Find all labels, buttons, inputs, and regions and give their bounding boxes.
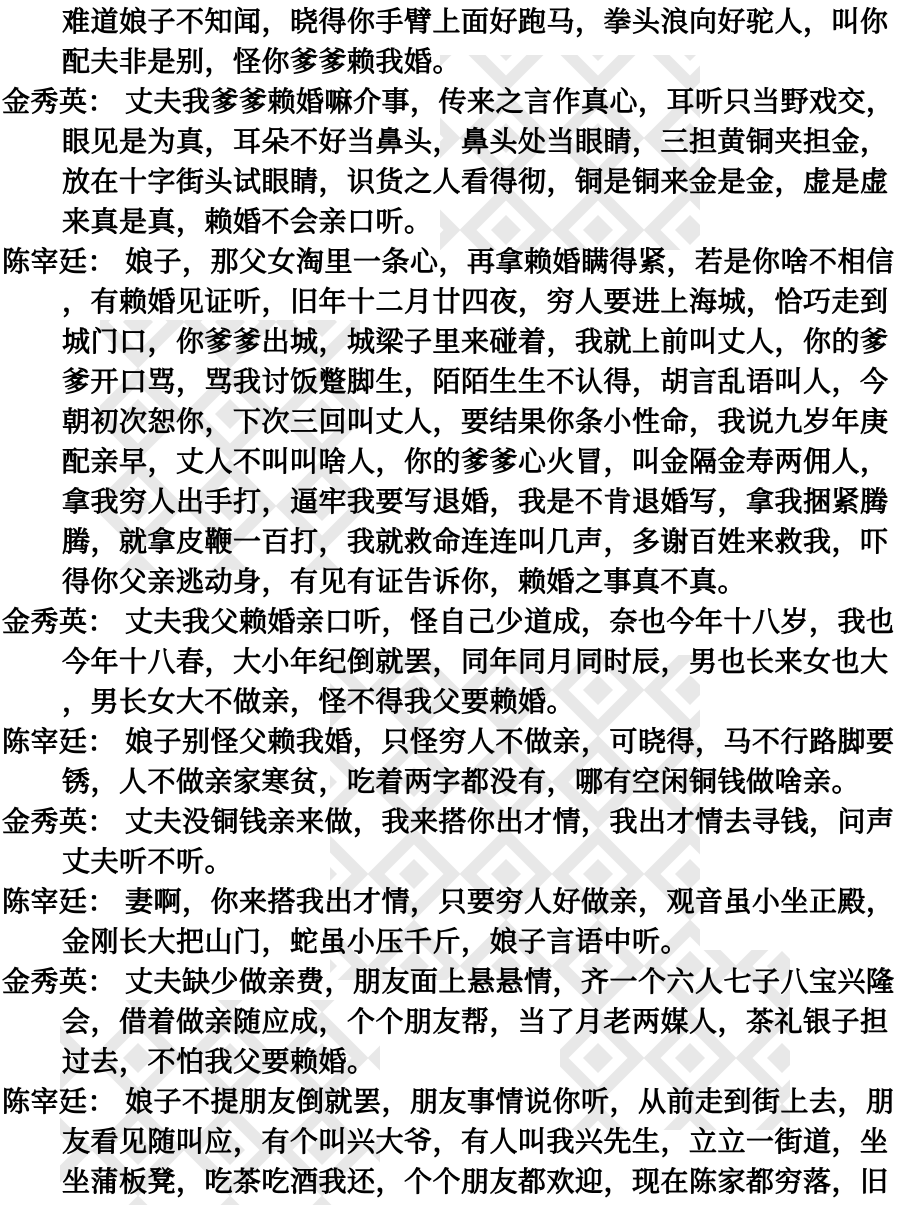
text-line: 配亲早，丈人不叫叫啥人，你的爹爹心火冒，叫金隔金寿两佣人， xyxy=(2,443,896,483)
line-text: 娘子别怪父赖我婚，只怪穷人不做亲，可晓得，马不行路脚要 xyxy=(125,727,895,758)
text-line: 陈宰廷：娘子别怪父赖我婚，只怪穷人不做亲，可晓得，马不行路脚要 xyxy=(2,723,896,763)
text-line: 金秀英：丈夫我父赖婚亲口听，怪自己少道成，奈也今年十八岁，我也 xyxy=(2,603,896,643)
text-line: 金秀英：丈夫我爹爹赖婚嘛介事，传来之言作真心，耳听只当野戏交， xyxy=(2,83,896,123)
text-line: 难道娘子不知闻，晓得你手臂上面好跑马，拳头浪向好驼人，叫你 xyxy=(2,3,896,43)
text-line: 友看见随叫应，有个叫兴大爷，有人叫我兴先生，立立一街道，坐 xyxy=(2,1123,896,1163)
line-text: 丈夫我爹爹赖婚嘛介事，传来之言作真心，耳听只当野戏交， xyxy=(125,87,895,118)
speaker-label: 金秀英： xyxy=(2,967,116,998)
text-line: 拿我穷人出手打，逼牢我要写退婚，我是不肯退婚写，拿我捆紧腾 xyxy=(2,483,896,523)
text-line: 会，借着做亲随应成，个个朋友帮，当了月老两媒人，茶礼银子担 xyxy=(2,1003,896,1043)
text-line: 得你父亲逃动身，有见有证告诉你，赖婚之事真不真。 xyxy=(2,563,896,603)
speaker-label: 陈宰廷： xyxy=(2,1087,116,1118)
speaker-label: 金秀英： xyxy=(2,607,116,638)
text-line: 爹开口骂，骂我讨饭蹩脚生，陌陌生生不认得，胡言乱语叫人，今 xyxy=(2,363,896,403)
text-line: 今年十八春，大小年纪倒就罢，同年同月同时辰，男也长来女也大 xyxy=(2,643,896,683)
text-line: 金秀英：丈夫没铜钱亲来做，我来搭你出才情，我出才情去寻钱，问声 xyxy=(2,803,896,843)
text-line: 朝初次恕你，下次三回叫丈人，要结果你条小性命，我说九岁年庚 xyxy=(2,403,896,443)
text-line: 陈宰廷：娘子，那父女淘里一条心，再拿赖婚瞒得紧，若是你啥不相信 xyxy=(2,243,896,283)
text-line: 放在十字街头试眼睛，识货之人看得彻，铜是铜来金是金，虚是虚 xyxy=(2,163,896,203)
text-line: 陈宰廷：妻啊，你来搭我出才情，只要穷人好做亲，观音虽小坐正殿， xyxy=(2,883,896,923)
speaker-label: 陈宰廷： xyxy=(2,727,116,758)
text-line: 丈夫听不听。 xyxy=(2,843,896,883)
text-line: 金秀英：丈夫缺少做亲费，朋友面上悬悬情，齐一个六人七子八宝兴隆 xyxy=(2,963,896,1003)
speaker-label: 金秀英： xyxy=(2,87,116,118)
text-line: 来真是真，赖婚不会亲口听。 xyxy=(2,203,896,243)
line-text: 娘子，那父女淘里一条心，再拿赖婚瞒得紧，若是你啥不相信 xyxy=(125,247,895,278)
line-text: 丈夫我父赖婚亲口听，怪自己少道成，奈也今年十八岁，我也 xyxy=(125,607,895,638)
line-text: 丈夫没铜钱亲来做，我来搭你出才情，我出才情去寻钱，问声 xyxy=(125,807,895,838)
speaker-label: 陈宰廷： xyxy=(2,887,116,918)
text-line: 配夫非是别，怪你爹爹赖我婚。 xyxy=(2,43,896,83)
speaker-label: 陈宰廷： xyxy=(2,247,116,278)
line-text: 娘子不提朋友倒就罢，朋友事情说你听，从前走到街上去，朋 xyxy=(125,1087,895,1118)
dialogue: 难道娘子不知闻，晓得你手臂上面好跑马，拳头浪向好驼人，叫你配夫非是别，怪你爹爹赖… xyxy=(2,3,896,1203)
line-text: 妻啊，你来搭我出才情，只要穷人好做亲，观音虽小坐正殿， xyxy=(125,887,895,918)
text-line: 锈，人不做亲家寒贫，吃着两字都没有，哪有空闲铜钱做啥亲。 xyxy=(2,763,896,803)
text-line: 陈宰廷：娘子不提朋友倒就罢，朋友事情说你听，从前走到街上去，朋 xyxy=(2,1083,896,1123)
text-line: 腾，就拿皮鞭一百打，我就救命连连叫几声，多谢百姓来救我，吓 xyxy=(2,523,896,563)
speaker-label: 金秀英： xyxy=(2,807,116,838)
script-page: 难道娘子不知闻，晓得你手臂上面好跑马，拳头浪向好驼人，叫你配夫非是别，怪你爹爹赖… xyxy=(0,0,900,1205)
text-line: 金刚长大把山门，蛇虽小压千斤，娘子言语中听。 xyxy=(2,923,896,963)
text-line: 城门口，你爹爹出城，城梁子里来碰着，我就上前叫丈人，你的爹 xyxy=(2,323,896,363)
line-text: 丈夫缺少做亲费，朋友面上悬悬情，齐一个六人七子八宝兴隆 xyxy=(125,967,895,998)
text-line: 眼见是为真，耳朵不好当鼻头，鼻头处当眼睛，三担黄铜夹担金， xyxy=(2,123,896,163)
text-line: 过去，不怕我父要赖婚。 xyxy=(2,1043,896,1083)
text-line: ，有赖婚见证听，旧年十二月廿四夜，穷人要进上海城，恰巧走到 xyxy=(2,283,896,323)
text-line: ，男长女大不做亲，怪不得我父要赖婚。 xyxy=(2,683,896,723)
text-line: 坐蒲板凳，吃茶吃酒我还，个个朋友都欢迎，现在陈家都穷落，旧 xyxy=(2,1163,896,1203)
